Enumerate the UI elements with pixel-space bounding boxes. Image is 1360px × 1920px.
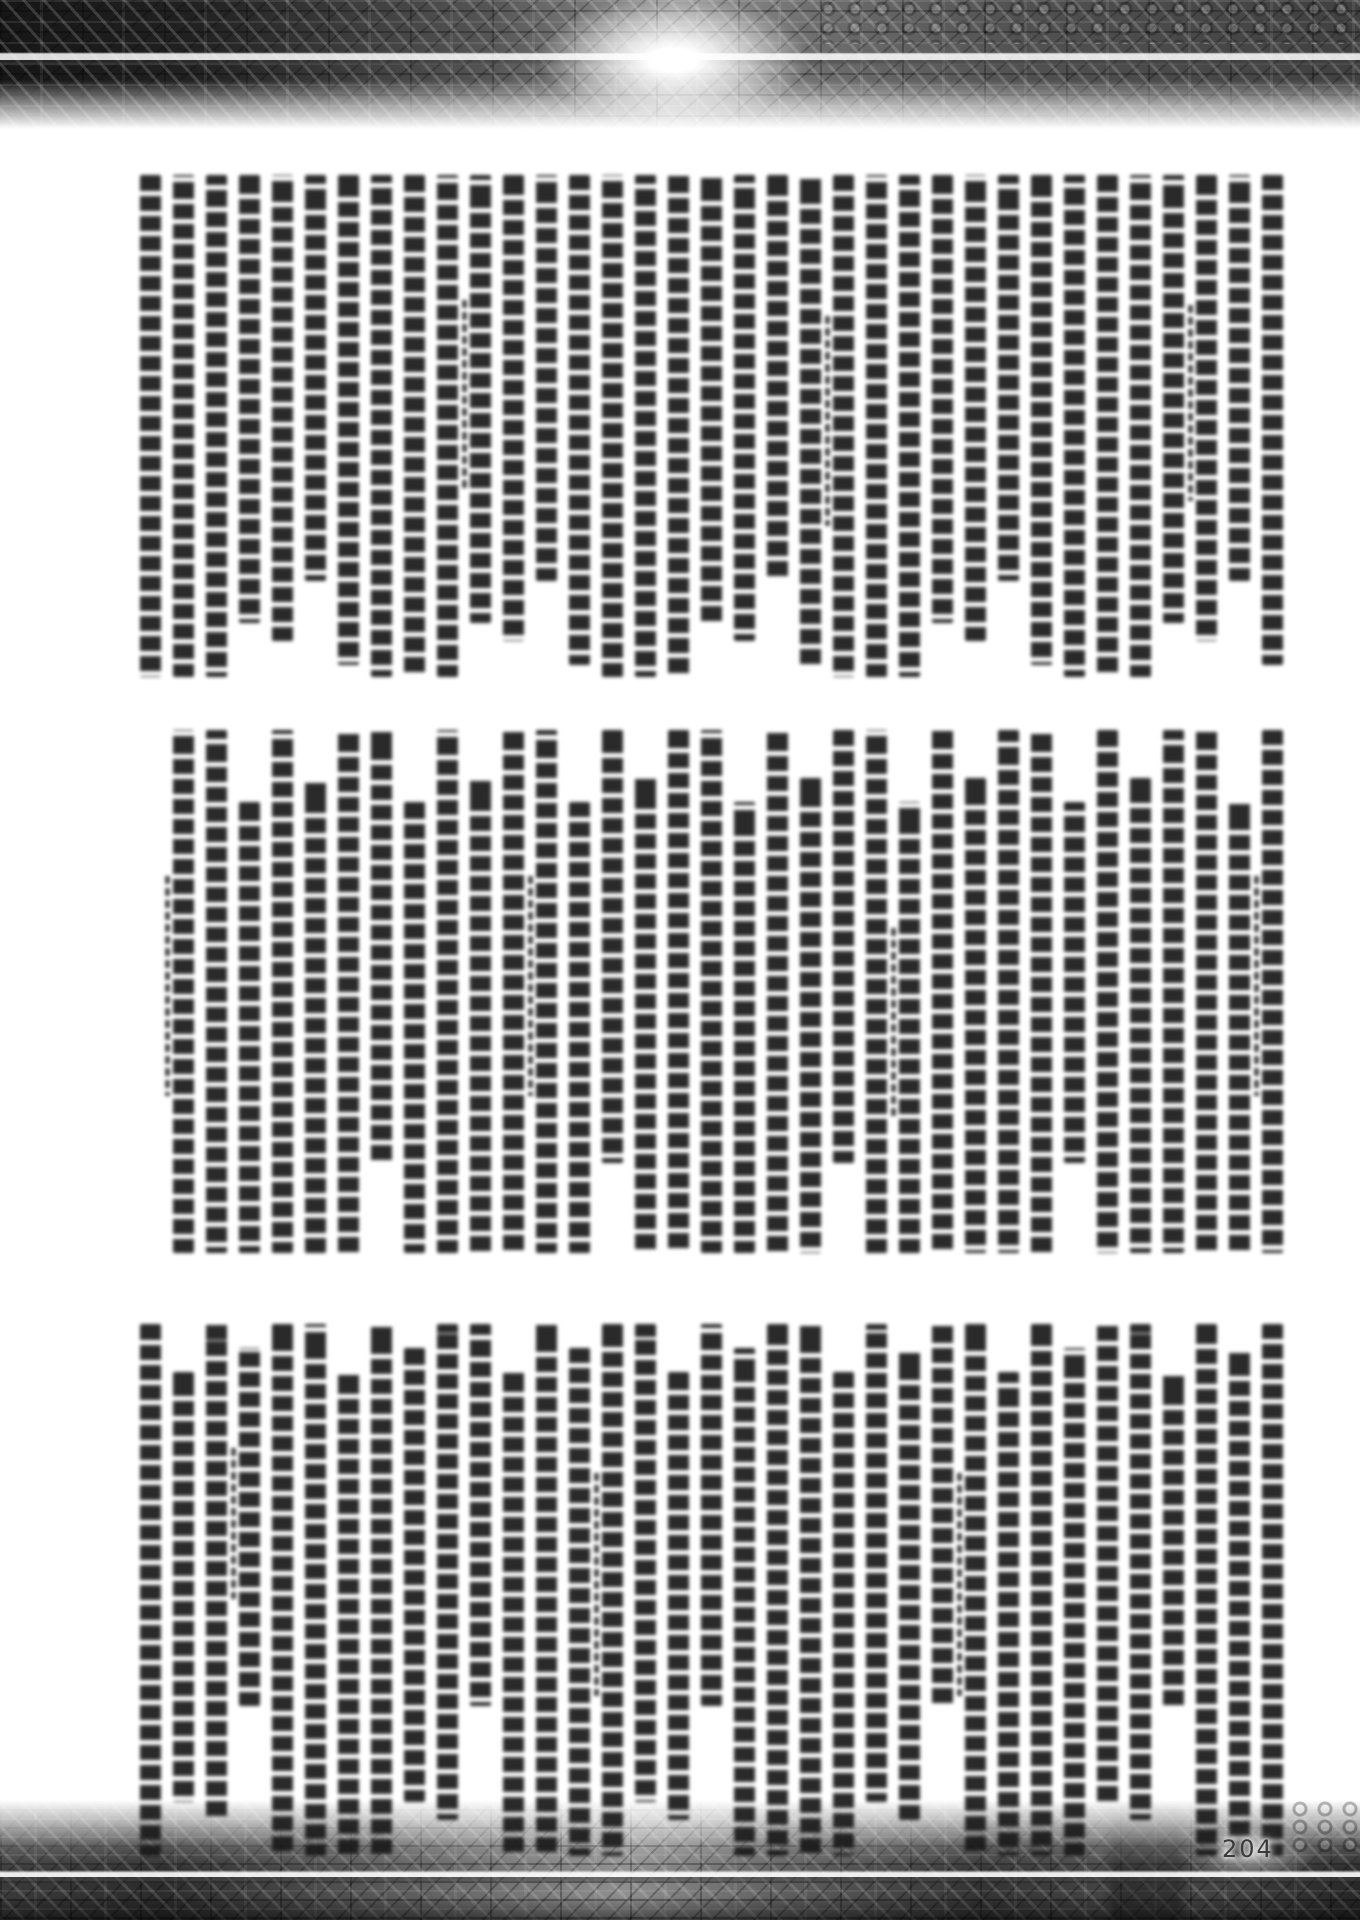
redacted-text-column (767, 175, 788, 581)
redacted-text-column (470, 1324, 491, 1706)
redacted-text-column (932, 730, 953, 1253)
redacted-text-column (404, 802, 425, 1253)
redacted-text-column (602, 1324, 623, 1856)
redacted-text-column (800, 1324, 821, 1856)
redacted-text-column (734, 175, 755, 641)
redacted-text-column (1064, 1348, 1085, 1856)
redacted-text-column (305, 175, 326, 581)
redacted-text-column (1196, 730, 1217, 1253)
redacted-text-column (503, 175, 524, 641)
redacted-text-column (1031, 175, 1052, 665)
redacted-text-column (965, 1324, 986, 1856)
redacted-text-column (272, 730, 293, 1253)
redacted-text-column (767, 1324, 788, 1856)
furigana-column (165, 876, 170, 1096)
redacted-text-column (998, 175, 1019, 581)
redacted-text-column (602, 730, 623, 1163)
redacted-text-column (206, 1324, 227, 1820)
furigana-column (891, 928, 896, 1117)
text-block-1 (128, 175, 1283, 677)
page-number: 204 (1222, 1835, 1274, 1863)
furigana-column (1188, 305, 1193, 501)
redacted-text-column (635, 175, 656, 677)
top-circuit-border (0, 0, 1360, 133)
redacted-text-column (569, 1348, 590, 1856)
redacted-text-column (932, 175, 953, 623)
novel-page: 204 (0, 0, 1360, 1920)
redacted-text-column (239, 1348, 260, 1706)
redacted-text-column (206, 730, 227, 1253)
redacted-text-column (173, 1372, 194, 1802)
redacted-text-column (1130, 778, 1151, 1253)
redacted-text-column (1163, 175, 1184, 623)
redacted-text-column (767, 730, 788, 1253)
text-block-2 (161, 730, 1283, 1253)
redacted-text-column (437, 175, 458, 677)
redacted-text-column (503, 1372, 524, 1856)
furigana-column (594, 1473, 599, 1696)
redacted-text-column (437, 1324, 458, 1820)
redacted-text-column (173, 730, 194, 1253)
redacted-text-column (668, 730, 689, 1253)
redacted-text-column (1229, 175, 1250, 581)
redacted-text-column (1262, 730, 1283, 1253)
redacted-text-column (1130, 1324, 1151, 1820)
redacted-text-column (470, 778, 491, 1253)
redacted-text-column (833, 175, 854, 677)
redacted-text-column (998, 1372, 1019, 1856)
redacted-text-column (272, 175, 293, 641)
redacted-text-column (866, 1324, 887, 1802)
redacted-text-column (800, 175, 821, 665)
redacted-text-column (371, 730, 392, 1163)
redacted-text-column (536, 730, 557, 1253)
redacted-text-column (338, 1372, 359, 1856)
redacted-text-column (866, 730, 887, 1253)
redacted-text-column (1229, 1348, 1250, 1856)
redacted-text-column (1097, 175, 1118, 677)
redacted-text-column (965, 175, 986, 641)
redacted-text-column (371, 175, 392, 677)
redacted-text-column (1229, 802, 1250, 1253)
redacted-text-column (1163, 730, 1184, 1253)
redacted-text-column (701, 175, 722, 623)
redacted-text-column (965, 778, 986, 1253)
redacted-text-column (239, 175, 260, 623)
redacted-text-column (866, 175, 887, 677)
redacted-text-column (1130, 175, 1151, 677)
redacted-text-column (503, 730, 524, 1253)
redacted-text-column (932, 1324, 953, 1706)
redacted-text-column (338, 175, 359, 665)
redacted-text-column (1196, 1324, 1217, 1856)
redacted-text-column (338, 730, 359, 1253)
redacted-text-column (305, 1324, 326, 1856)
redacted-text-column (701, 1324, 722, 1706)
redacted-text-column (1031, 1324, 1052, 1856)
redacted-text-column (734, 1348, 755, 1856)
redacted-text-column (536, 1324, 557, 1856)
redacted-text-column (140, 1324, 161, 1856)
redacted-text-column (998, 730, 1019, 1253)
redacted-text-column (734, 802, 755, 1253)
redacted-text-column (404, 175, 425, 677)
redacted-text-column (635, 778, 656, 1253)
furigana-column (528, 876, 533, 1096)
redacted-text-column (1262, 1324, 1283, 1856)
redacted-text-column (371, 1324, 392, 1856)
redacted-text-column (602, 175, 623, 677)
text-block-3 (128, 1300, 1283, 1856)
redacted-text-column (536, 175, 557, 581)
furigana-column (231, 1448, 236, 1598)
redacted-text-column (833, 1372, 854, 1856)
redacted-text-column (833, 730, 854, 1163)
redacted-text-column (404, 1348, 425, 1802)
redacted-text-column (140, 175, 161, 677)
redacted-text-column (1196, 175, 1217, 641)
redacted-text-column (569, 175, 590, 665)
redacted-text-column (470, 175, 491, 623)
furigana-column (1254, 876, 1259, 1096)
redacted-text-column (239, 802, 260, 1253)
redacted-text-column (1031, 730, 1052, 1253)
redacted-text-column (899, 802, 920, 1253)
redacted-text-column (668, 1372, 689, 1820)
redacted-text-column (899, 175, 920, 677)
redacted-text-column (437, 730, 458, 1253)
redacted-text-column (800, 778, 821, 1253)
furigana-column (462, 300, 467, 488)
redacted-text-column (569, 802, 590, 1253)
redacted-text-column (305, 778, 326, 1253)
redacted-text-column (272, 1324, 293, 1856)
redacted-text-column (1064, 802, 1085, 1163)
redacted-text-column (635, 1324, 656, 1802)
redacted-text-column (173, 175, 194, 677)
redacted-text-column (206, 175, 227, 677)
redacted-text-column (1097, 730, 1118, 1253)
redacted-text-column (1163, 1372, 1184, 1706)
furigana-column (957, 1473, 962, 1696)
furigana-column (825, 316, 830, 527)
redacted-text-column (1097, 1324, 1118, 1802)
redacted-text-column (1064, 175, 1085, 677)
redacted-text-column (668, 175, 689, 677)
redacted-text-column (1262, 175, 1283, 665)
redacted-text-column (701, 730, 722, 1253)
redacted-text-column (899, 1348, 920, 1820)
